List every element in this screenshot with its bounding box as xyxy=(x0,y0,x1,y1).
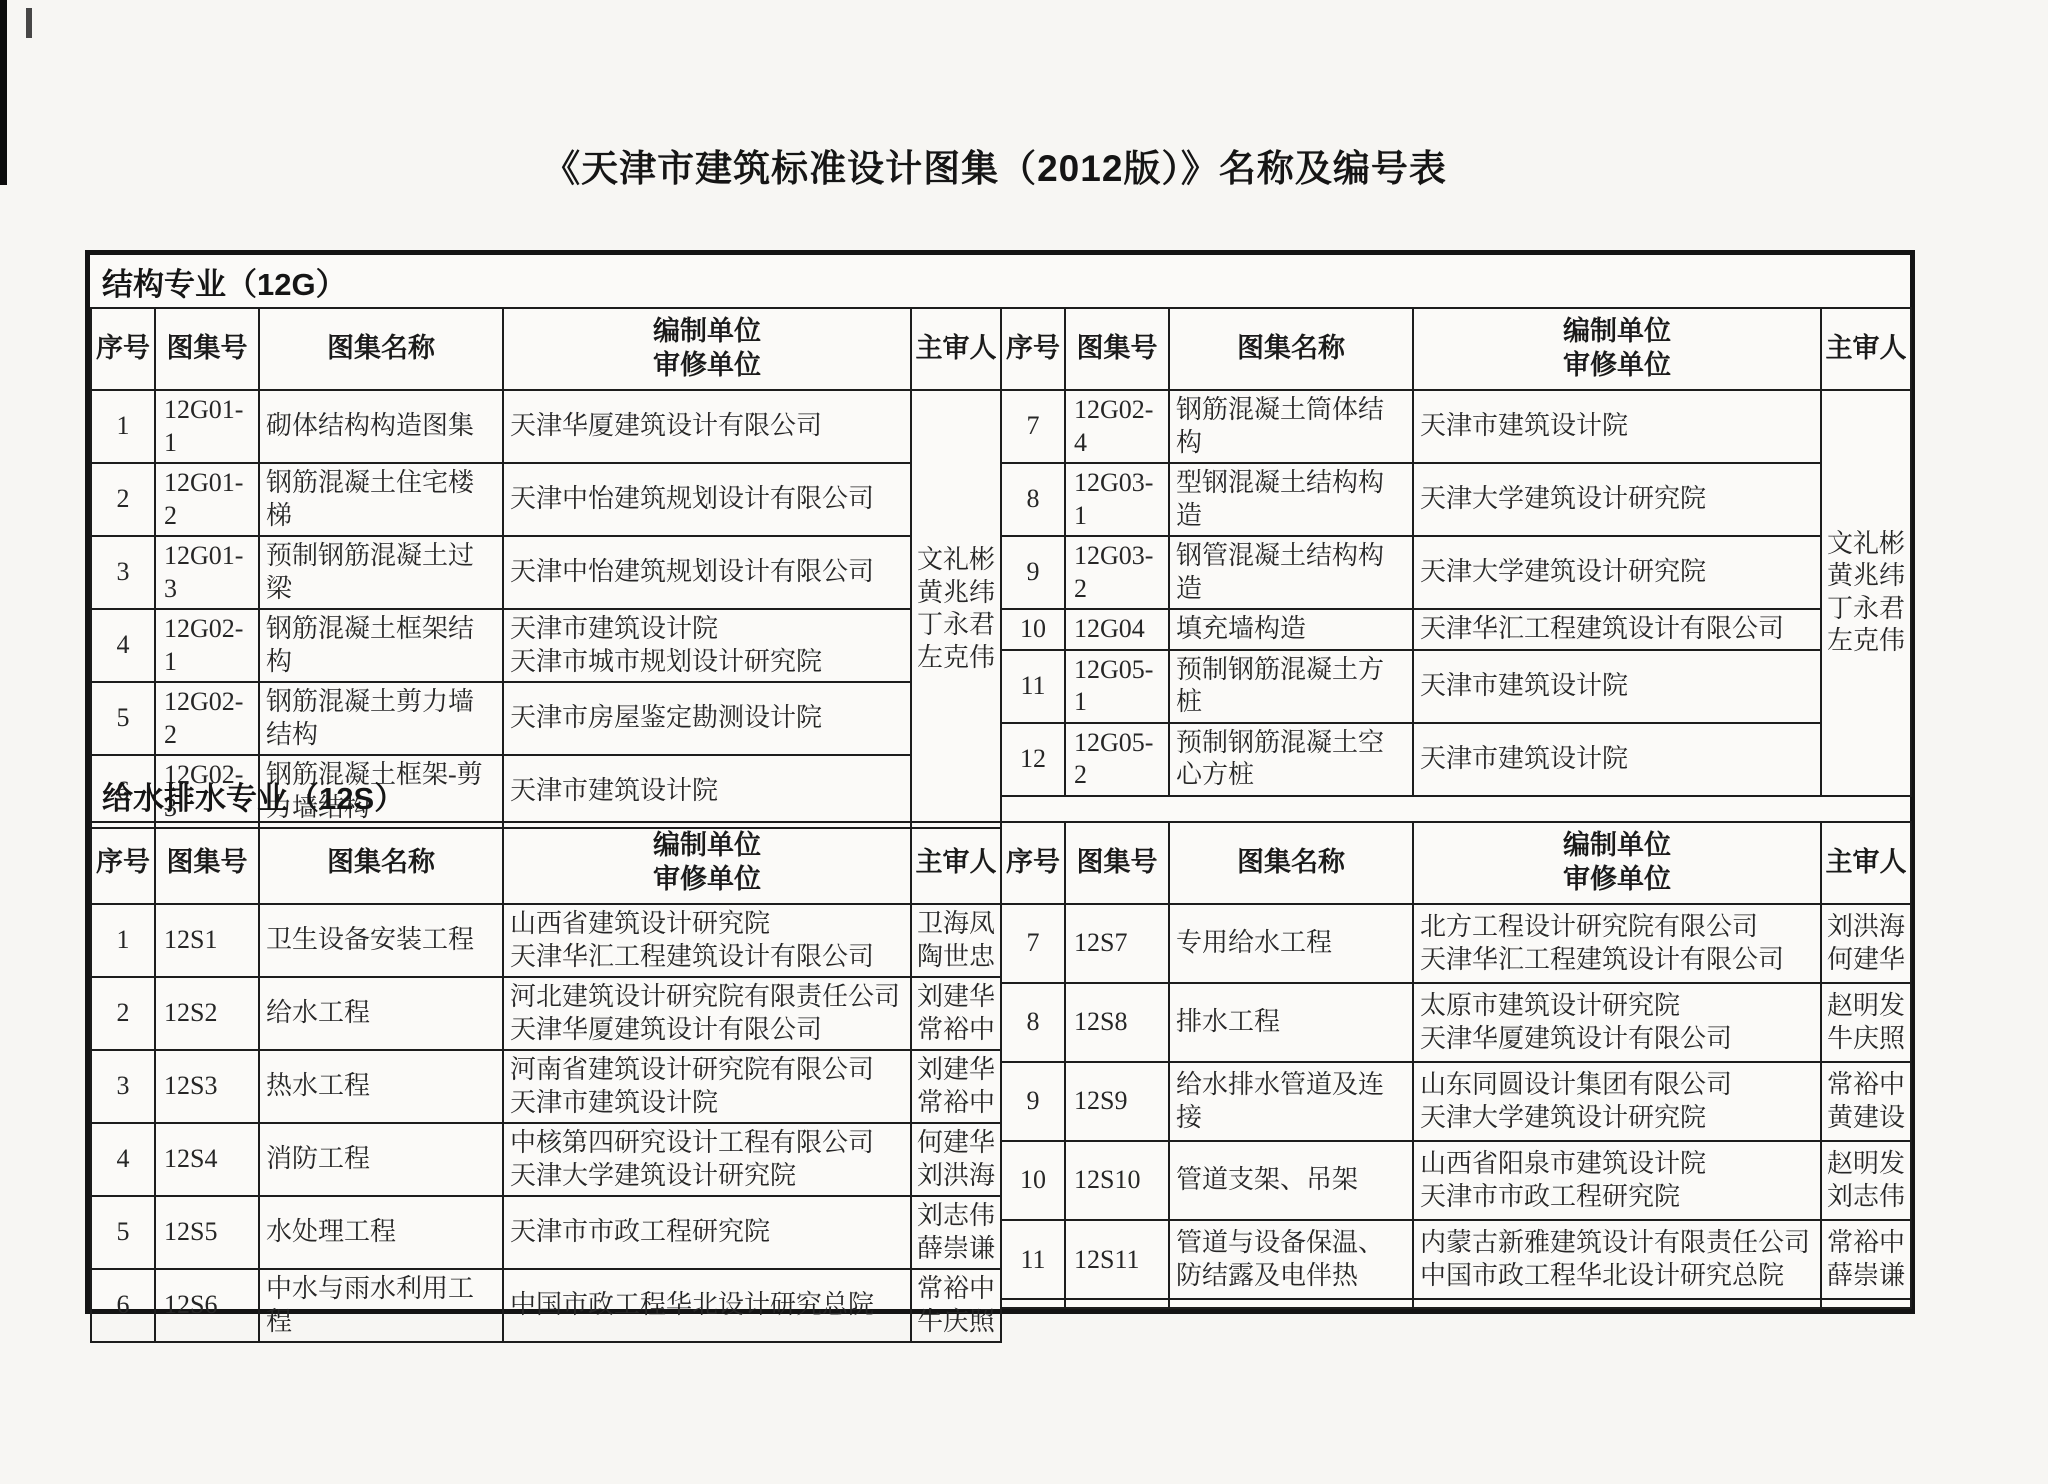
cell-no: 3 xyxy=(91,1050,155,1123)
col-header-no: 序号 xyxy=(1001,308,1065,390)
table-row: 7 12G02-4 钢筋混凝土筒体结构 天津市建筑设计院 文礼彬 黄兆纬 丁永君… xyxy=(1001,390,1911,463)
cell-org: 山西省建筑设计研究院 天津华汇工程建筑设计有限公司 xyxy=(503,904,911,977)
atlas-table: 序号 图集号 图集名称 编制单位 审修单位 主审人 7 12G02-4 钢筋混凝… xyxy=(1000,307,1912,797)
cell-code: 12S1 xyxy=(155,904,259,977)
cell-reviewer: 赵明发 牛庆照 xyxy=(1821,983,1911,1062)
cell-reviewer: 常裕中 黄建设 xyxy=(1821,1062,1911,1141)
cell-no: 8 xyxy=(1001,983,1065,1062)
cell-code: 12S2 xyxy=(155,977,259,1050)
atlas-table: 序号 图集号 图集名称 编制单位 审修单位 主审人 7 12S7 专用给水工程 … xyxy=(1000,821,1912,1309)
cell-code: 12S3 xyxy=(155,1050,259,1123)
col-header-reviewer: 主审人 xyxy=(911,308,1001,390)
cell-code: 12G01-3 xyxy=(155,536,259,609)
cell-reviewer: 刘建华 常裕中 xyxy=(911,977,1001,1050)
cell-org: 天津大学建筑设计研究院 xyxy=(1413,536,1821,609)
col-header-no: 序号 xyxy=(1001,822,1065,904)
cell-no: 4 xyxy=(91,609,155,682)
cell-name: 给水排水管道及连接 xyxy=(1169,1062,1413,1141)
cell-name: 排水工程 xyxy=(1169,983,1413,1062)
cell-reviewer xyxy=(1821,1299,1911,1308)
page-title: 《天津市建筑标准设计图集（2012版）》名称及编号表 xyxy=(85,138,1905,192)
table-row: 8 12S8 排水工程 太原市建筑设计研究院 天津华厦建筑设计有限公司 赵明发 … xyxy=(1001,983,1911,1062)
table-row: 1 12G01-1 砌体结构构造图集 天津华厦建筑设计有限公司 文礼彬 黄兆纬 … xyxy=(91,390,1001,463)
cell-org: 中核第四研究设计工程有限公司 天津大学建筑设计研究院 xyxy=(503,1123,911,1196)
cell-org: 天津华厦建筑设计有限公司 xyxy=(503,390,911,463)
cell-code: 12S4 xyxy=(155,1123,259,1196)
header-row: 序号 图集号 图集名称 编制单位 审修单位 主审人 xyxy=(1001,822,1911,904)
table-row: 7 12S7 专用给水工程 北方工程设计研究院有限公司 天津华汇工程建筑设计有限… xyxy=(1001,904,1911,983)
cell-name: 钢筋混凝土剪力墙结构 xyxy=(259,682,503,755)
cell-no: 2 xyxy=(91,463,155,536)
section-structure-12g: 结构专业（12G） 序号 图集号 图集名称 编制单位 审修单位 主审人 1 12… xyxy=(90,255,1910,769)
table-row: 4 12G02-1 钢筋混凝土框架结构 天津市建筑设计院 天津市城市规划设计研究… xyxy=(91,609,1001,682)
cell-code: 12G05-2 xyxy=(1065,723,1169,796)
section-heading-12g: 结构专业（12G） xyxy=(90,255,1910,307)
table-row: 10 12S10 管道支架、吊架 山西省阳泉市建筑设计院 天津市市政工程研究院 … xyxy=(1001,1141,1911,1220)
table-row: 12 12G05-2 预制钢筋混凝土空心方桩 天津市建筑设计院 xyxy=(1001,723,1911,796)
cell-org: 太原市建筑设计研究院 天津华厦建筑设计有限公司 xyxy=(1413,983,1821,1062)
section-12g-tables: 序号 图集号 图集名称 编制单位 审修单位 主审人 1 12G01-1 砌体结构… xyxy=(90,307,1910,769)
cell-name: 管道与设备保温、防结露及电伴热 xyxy=(1169,1220,1413,1299)
table-row: 3 12S3 热水工程 河南省建筑设计研究院有限公司 天津市建筑设计院 刘建华 … xyxy=(91,1050,1001,1123)
col-header-name: 图集名称 xyxy=(259,822,503,904)
col-header-code: 图集号 xyxy=(1065,822,1169,904)
cell-name: 预制钢筋混凝土过梁 xyxy=(259,536,503,609)
cell-reviewer: 常裕中 薛崇谦 xyxy=(1821,1220,1911,1299)
cell-name: 钢筋混凝土框架结构 xyxy=(259,609,503,682)
table-row: 5 12G02-2 钢筋混凝土剪力墙结构 天津市房屋鉴定勘测设计院 xyxy=(91,682,1001,755)
cell-no: 12 xyxy=(1001,723,1065,796)
col-header-reviewer: 主审人 xyxy=(1821,822,1911,904)
cell-org: 山西省阳泉市建筑设计院 天津市市政工程研究院 xyxy=(1413,1141,1821,1220)
cell-no: 1 xyxy=(91,390,155,463)
cell-code: 12S6 xyxy=(155,1269,259,1342)
table-row-empty xyxy=(1001,1299,1911,1308)
table-row: 1 12S1 卫生设备安装工程 山西省建筑设计研究院 天津华汇工程建筑设计有限公… xyxy=(91,904,1001,977)
cell-org: 中国市政工程华北设计研究总院 xyxy=(503,1269,911,1342)
cell-name: 管道支架、吊架 xyxy=(1169,1141,1413,1220)
col-header-code: 图集号 xyxy=(1065,308,1169,390)
cell-no xyxy=(1001,1299,1065,1308)
cell-name: 中水与雨水利用工程 xyxy=(259,1269,503,1342)
col-header-name: 图集名称 xyxy=(1169,822,1413,904)
cell-reviewer: 卫海凤 陶世忠 xyxy=(911,904,1001,977)
col-header-org: 编制单位 审修单位 xyxy=(503,308,911,390)
cell-code: 12G03-2 xyxy=(1065,536,1169,609)
cell-name: 预制钢筋混凝土空心方桩 xyxy=(1169,723,1413,796)
cell-code: 12G02-4 xyxy=(1065,390,1169,463)
cell-org: 天津市建筑设计院 xyxy=(1413,390,1821,463)
atlas-table: 序号 图集号 图集名称 编制单位 审修单位 主审人 1 12G01-1 砌体结构… xyxy=(90,307,1002,829)
cell-name: 钢筋混凝土筒体结构 xyxy=(1169,390,1413,463)
cell-code: 12S9 xyxy=(1065,1062,1169,1141)
col-header-reviewer: 主审人 xyxy=(1821,308,1911,390)
cell-no: 9 xyxy=(1001,1062,1065,1141)
col-header-name: 图集名称 xyxy=(1169,308,1413,390)
cell-org: 河南省建筑设计研究院有限公司 天津市建筑设计院 xyxy=(503,1050,911,1123)
table-row: 2 12G01-2 钢筋混凝土住宅楼梯 天津中怡建筑规划设计有限公司 xyxy=(91,463,1001,536)
table-row: 11 12S11 管道与设备保温、防结露及电伴热 内蒙古新雅建筑设计有限责任公司… xyxy=(1001,1220,1911,1299)
cell-no: 9 xyxy=(1001,536,1065,609)
header-row: 序号 图集号 图集名称 编制单位 审修单位 主审人 xyxy=(91,822,1001,904)
table-12g-left: 序号 图集号 图集名称 编制单位 审修单位 主审人 1 12G01-1 砌体结构… xyxy=(90,307,1000,769)
table-row: 3 12G01-3 预制钢筋混凝土过梁 天津中怡建筑规划设计有限公司 xyxy=(91,536,1001,609)
table-row: 10 12G04 填充墙构造 天津华汇工程建筑设计有限公司 xyxy=(1001,609,1911,650)
cell-name: 钢筋混凝土住宅楼梯 xyxy=(259,463,503,536)
cell-code: 12S10 xyxy=(1065,1141,1169,1220)
scan-mark-artifact xyxy=(26,8,32,38)
cell-name: 卫生设备安装工程 xyxy=(259,904,503,977)
cell-org xyxy=(1413,1299,1821,1308)
cell-no: 2 xyxy=(91,977,155,1050)
cell-org: 天津中怡建筑规划设计有限公司 xyxy=(503,463,911,536)
cell-no: 1 xyxy=(91,904,155,977)
cell-name: 消防工程 xyxy=(259,1123,503,1196)
cell-name: 热水工程 xyxy=(259,1050,503,1123)
table-row: 9 12S9 给水排水管道及连接 山东同圆设计集团有限公司 天津大学建筑设计研究… xyxy=(1001,1062,1911,1141)
scan-edge-artifact xyxy=(0,0,7,185)
col-header-org: 编制单位 审修单位 xyxy=(1413,308,1821,390)
atlas-table: 序号 图集号 图集名称 编制单位 审修单位 主审人 1 12S1 卫生设备安装工… xyxy=(90,821,1002,1343)
cell-no: 8 xyxy=(1001,463,1065,536)
section-water-12s: 给水排水专业（12S） 序号 图集号 图集名称 编制单位 审修单位 主审人 1 … xyxy=(90,769,1910,1309)
cell-name: 预制钢筋混凝土方桩 xyxy=(1169,650,1413,723)
col-header-code: 图集号 xyxy=(155,822,259,904)
cell-code: 12G02-1 xyxy=(155,609,259,682)
cell-org: 山东同圆设计集团有限公司 天津大学建筑设计研究院 xyxy=(1413,1062,1821,1141)
section-12s-tables: 序号 图集号 图集名称 编制单位 审修单位 主审人 1 12S1 卫生设备安装工… xyxy=(90,821,1910,1309)
cell-org: 内蒙古新雅建筑设计有限责任公司 中国市政工程华北设计研究总院 xyxy=(1413,1220,1821,1299)
table-12g-right: 序号 图集号 图集名称 编制单位 审修单位 主审人 7 12G02-4 钢筋混凝… xyxy=(1000,307,1910,769)
header-row: 序号 图集号 图集名称 编制单位 审修单位 主审人 xyxy=(91,308,1001,390)
cell-name: 砌体结构构造图集 xyxy=(259,390,503,463)
header-row: 序号 图集号 图集名称 编制单位 审修单位 主审人 xyxy=(1001,308,1911,390)
cell-org: 天津华汇工程建筑设计有限公司 xyxy=(1413,609,1821,650)
cell-name: 专用给水工程 xyxy=(1169,904,1413,983)
cell-reviewer: 刘洪海 何建华 xyxy=(1821,904,1911,983)
cell-org: 天津市建筑设计院 xyxy=(503,755,911,828)
table-row: 11 12G05-1 预制钢筋混凝土方桩 天津市建筑设计院 xyxy=(1001,650,1911,723)
cell-reviewer: 赵明发 刘志伟 xyxy=(1821,1141,1911,1220)
table-row: 6 12S6 中水与雨水利用工程 中国市政工程华北设计研究总院 常裕中 牛庆照 xyxy=(91,1269,1001,1342)
cell-no: 10 xyxy=(1001,609,1065,650)
cell-org: 天津中怡建筑规划设计有限公司 xyxy=(503,536,911,609)
cell-code: 12S7 xyxy=(1065,904,1169,983)
cell-code: 12G01-2 xyxy=(155,463,259,536)
cell-org: 天津市建筑设计院 天津市城市规划设计研究院 xyxy=(503,609,911,682)
cell-no: 5 xyxy=(91,682,155,755)
cell-name: 钢管混凝土结构构造 xyxy=(1169,536,1413,609)
table-row: 4 12S4 消防工程 中核第四研究设计工程有限公司 天津大学建筑设计研究院 何… xyxy=(91,1123,1001,1196)
cell-no: 3 xyxy=(91,536,155,609)
col-header-org: 编制单位 审修单位 xyxy=(503,822,911,904)
col-header-name: 图集名称 xyxy=(259,308,503,390)
cell-code: 12G05-1 xyxy=(1065,650,1169,723)
cell-name: 水处理工程 xyxy=(259,1196,503,1269)
cell-org: 天津市房屋鉴定勘测设计院 xyxy=(503,682,911,755)
table-row: 2 12S2 给水工程 河北建筑设计研究院有限责任公司 天津华厦建筑设计有限公司… xyxy=(91,977,1001,1050)
cell-no: 11 xyxy=(1001,1220,1065,1299)
table-row: 8 12G03-1 型钢混凝土结构构造 天津大学建筑设计研究院 xyxy=(1001,463,1911,536)
cell-no: 4 xyxy=(91,1123,155,1196)
cell-no: 10 xyxy=(1001,1141,1065,1220)
table-row: 5 12S5 水处理工程 天津市市政工程研究院 刘志伟 薛崇谦 xyxy=(91,1196,1001,1269)
cell-reviewer-merged: 文礼彬 黄兆纬 丁永君 左克伟 xyxy=(911,390,1001,828)
cell-no: 11 xyxy=(1001,650,1065,723)
cell-code: 12S8 xyxy=(1065,983,1169,1062)
table-12s-right: 序号 图集号 图集名称 编制单位 审修单位 主审人 7 12S7 专用给水工程 … xyxy=(1000,821,1910,1309)
cell-code: 12G03-1 xyxy=(1065,463,1169,536)
cell-code: 12G04 xyxy=(1065,609,1169,650)
cell-org: 天津市市政工程研究院 xyxy=(503,1196,911,1269)
col-header-no: 序号 xyxy=(91,822,155,904)
cell-reviewer: 常裕中 牛庆照 xyxy=(911,1269,1001,1342)
cell-code: 12G02-2 xyxy=(155,682,259,755)
cell-org: 天津市建筑设计院 xyxy=(1413,723,1821,796)
cell-reviewer-merged: 文礼彬 黄兆纬 丁永君 左克伟 xyxy=(1821,390,1911,796)
cell-name: 填充墙构造 xyxy=(1169,609,1413,650)
cell-name: 型钢混凝土结构构造 xyxy=(1169,463,1413,536)
cell-org: 天津市建筑设计院 xyxy=(1413,650,1821,723)
cell-org: 北方工程设计研究院有限公司 天津华汇工程建筑设计有限公司 xyxy=(1413,904,1821,983)
cell-no: 7 xyxy=(1001,904,1065,983)
cell-no: 5 xyxy=(91,1196,155,1269)
cell-org: 天津大学建筑设计研究院 xyxy=(1413,463,1821,536)
cell-reviewer: 刘建华 常裕中 xyxy=(911,1050,1001,1123)
cell-name: 给水工程 xyxy=(259,977,503,1050)
table-12s-left: 序号 图集号 图集名称 编制单位 审修单位 主审人 1 12S1 卫生设备安装工… xyxy=(90,821,1000,1309)
cell-reviewer: 刘志伟 薛崇谦 xyxy=(911,1196,1001,1269)
cell-code: 12S5 xyxy=(155,1196,259,1269)
col-header-no: 序号 xyxy=(91,308,155,390)
cell-reviewer: 何建华 刘洪海 xyxy=(911,1123,1001,1196)
col-header-org: 编制单位 审修单位 xyxy=(1413,822,1821,904)
cell-org: 河北建筑设计研究院有限责任公司 天津华厦建筑设计有限公司 xyxy=(503,977,911,1050)
cell-code: 12S11 xyxy=(1065,1220,1169,1299)
cell-code: 12G01-1 xyxy=(155,390,259,463)
cell-no: 6 xyxy=(91,1269,155,1342)
cell-name xyxy=(1169,1299,1413,1308)
atlas-table-box: 结构专业（12G） 序号 图集号 图集名称 编制单位 审修单位 主审人 1 12… xyxy=(85,250,1915,1314)
cell-no: 7 xyxy=(1001,390,1065,463)
table-row: 9 12G03-2 钢管混凝土结构构造 天津大学建筑设计研究院 xyxy=(1001,536,1911,609)
col-header-reviewer: 主审人 xyxy=(911,822,1001,904)
col-header-code: 图集号 xyxy=(155,308,259,390)
cell-code xyxy=(1065,1299,1169,1308)
